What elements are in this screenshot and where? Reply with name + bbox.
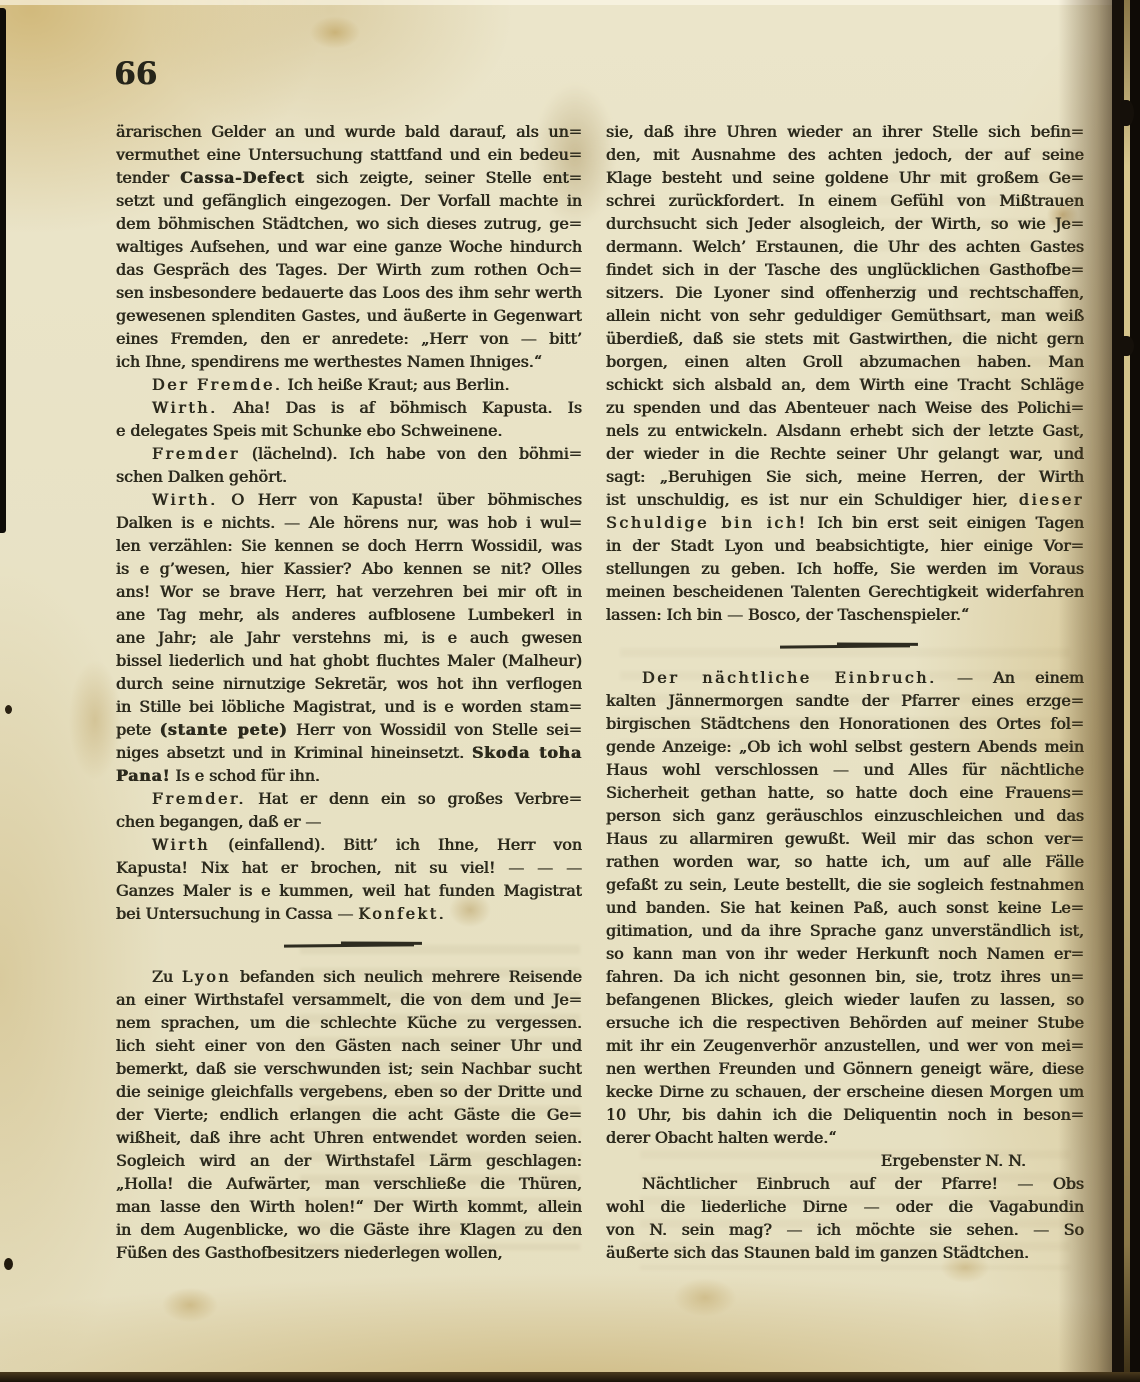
text-line: in der Stadt Lyon und beabsichtigte, hie…: [606, 534, 1084, 557]
text-line: fahren. Da ich nicht gesonnen bin, sie, …: [606, 965, 1084, 988]
text-line: schrei zurückfordert. In einem Gefühl vo…: [606, 189, 1084, 212]
text-line: allein nicht von sehr geduldiger Gemüths…: [606, 304, 1084, 327]
text-line: Fremder (lächelnd). Ich habe von den böh…: [116, 442, 582, 465]
text-line: ane Tag mehr, als anderes aufblosene Lum…: [116, 603, 582, 626]
text-line: Zu Lyon befanden sich neulich mehrere Re…: [116, 965, 582, 988]
text-line: Ganzes Maler is e kummen, weil hat funde…: [116, 879, 582, 902]
text-line: rathen worden war, so hatte ich, um auf …: [606, 850, 1084, 873]
binding-outer-edge: [1130, 0, 1140, 1382]
text-line: sen insbesondere bedauerte das Loos des …: [116, 281, 582, 304]
text-line: bissel liederlich und hat ghobt fluchtes…: [116, 649, 582, 672]
text-line: waltiges Aufsehen, und war eine ganze Wo…: [116, 235, 582, 258]
text-line: pete (stante pete) Herr von Wossidil von…: [116, 718, 582, 741]
text-line: Pana! Is e schod für ihn.: [116, 764, 582, 787]
text-line: gende Anzeige: „Ob ich wohl selbst geste…: [606, 735, 1084, 758]
text-line: ans! Wor se brave Herr, hat verzehren be…: [116, 580, 582, 603]
text-line: „Holla! die Aufwärter, man verschließe d…: [116, 1172, 582, 1195]
text-line: gitimation, und da ihre Sprache ganz unv…: [606, 919, 1084, 942]
text-line: Sicherheit gethan hatte, so hatte doch e…: [606, 781, 1084, 804]
text-line: von N. sein mag? — ich möchte sie sehen.…: [606, 1218, 1084, 1241]
text-line: Der nächtliche Einbruch. — An einem: [606, 666, 1084, 689]
text-line: Nächtlicher Einbruch auf der Pfarre! — O…: [606, 1172, 1084, 1195]
text-line: lassen: Ich bin — Bosco, der Taschenspie…: [606, 603, 1084, 626]
text-line: is e g’wesen, hier Kassier? Abo kennen s…: [116, 557, 582, 580]
text-line: ane Jahr; ale Jahr verstehns mi, is e au…: [116, 626, 582, 649]
page-left-edge: [0, 8, 6, 533]
binding-notch: [1120, 100, 1134, 126]
page-number: 66: [114, 56, 157, 92]
text-line: wohl die liederliche Dirne — oder die Va…: [606, 1195, 1084, 1218]
text-line: niges absetzt und in Kriminal hineinsetz…: [116, 741, 582, 764]
text-line: gewesenen splenditen Gastes, und äußerte…: [116, 304, 582, 327]
text-line: derer Obacht halten werde.“: [606, 1126, 1084, 1149]
text-line: man lasse den Wirth holen!“ Der Wirth ko…: [116, 1195, 582, 1218]
text-line: Klage besteht und seine goldene Uhr mit …: [606, 166, 1084, 189]
text-line: Dalken is e nichts. — Ale hörens nur, wa…: [116, 511, 582, 534]
right-column: sie, daß ihre Uhren wieder an ihrer Stel…: [606, 120, 1084, 1264]
text-line: überdieß, daß sie stets mit Gastwirthen,…: [606, 327, 1084, 350]
text-line: an einer Wirthstafel versammelt, die von…: [116, 988, 582, 1011]
text-line: bei Untersuchung in Cassa — Konfekt.: [116, 902, 582, 925]
text-line: dem böhmischen Städtchen, wo sich dieses…: [116, 212, 582, 235]
text-line: stellungen zu geben. Ich hoffe, Sie werd…: [606, 557, 1084, 580]
scanned-book-page: 66 ärarischen Gelder an und wurde bald d…: [0, 0, 1140, 1382]
text-line: schickt sich alsbald an, dem Wirth eine …: [606, 373, 1084, 396]
text-line: äußerte sich das Staunen bald im ganzen …: [606, 1241, 1084, 1264]
section-divider: [284, 943, 414, 947]
text-line: in dem Augenblicke, wo die Gäste ihre Kl…: [116, 1218, 582, 1241]
text-line: ärarischen Gelder an und wurde bald dara…: [116, 120, 582, 143]
left-column: ärarischen Gelder an und wurde bald dara…: [116, 120, 582, 1264]
text-line: ich Ihne, spendirens me werthestes Namen…: [116, 350, 582, 373]
text-line: vermuthet eine Untersuchung stattfand un…: [116, 143, 582, 166]
text-line: nem sprachen, um die schlechte Küche zu …: [116, 1011, 582, 1034]
text-line: befangenen Blickes, gleich wieder laufen…: [606, 988, 1084, 1011]
text-line: Wirth. O Herr von Kapusta! über böhmisch…: [116, 488, 582, 511]
text-line: Haus zu allarmiren gewußt. Weil mir das …: [606, 827, 1084, 850]
binding-gutter: [1112, 0, 1124, 1382]
text-line: der wieder in die Rechte seiner Uhr gela…: [606, 442, 1084, 465]
text-line: chen begangen, daß er —: [116, 810, 582, 833]
text-line: Ergebenster N. N.: [606, 1149, 1084, 1172]
text-line: dermann. Welch’ Erstaunen, die Uhr des a…: [606, 235, 1084, 258]
text-line: ersuche ich die respectiven Behörden auf…: [606, 1011, 1084, 1034]
text-line: birgischen Städtchens den Honorationen d…: [606, 712, 1084, 735]
text-line: nels zu entwickeln. Alsdann erhebt sich …: [606, 419, 1084, 442]
text-line: Wirth (einfallend). Bitt’ ich Ihne, Herr…: [116, 833, 582, 856]
text-line: kalten Jännermorgen sandte der Pfarrer e…: [606, 689, 1084, 712]
binding-notch: [1120, 336, 1134, 356]
text-line: und banden. Sie hat keinen Paß, auch son…: [606, 896, 1084, 919]
text-line: mit ihr ein Zeugenverhör anzustellen, un…: [606, 1034, 1084, 1057]
text-line: durchsucht sich Jeder alsogleich, der Wi…: [606, 212, 1084, 235]
binding-shadow: [1058, 0, 1114, 1382]
text-line: borgen, einen alten Groll abzumachen hab…: [606, 350, 1084, 373]
text-line: 10 Uhr, bis dahin ich die Deliquentin no…: [606, 1103, 1084, 1126]
text-line: setzt und gefänglich eingezogen. Der Vor…: [116, 189, 582, 212]
text-line: gefaßt zu sein, Leute bestellt, die sie …: [606, 873, 1084, 896]
text-line: das Gespräch des Tages. Der Wirth zum ro…: [116, 258, 582, 281]
text-line: durch seine nirnutzige Sekretär, wos hot…: [116, 672, 582, 695]
page-bottom-edge: [0, 1372, 1140, 1382]
text-line: len verzählen: Sie kennen se doch Herrn …: [116, 534, 582, 557]
text-line: meinen bescheidenen Talenten Gerechtigke…: [606, 580, 1084, 603]
text-line: lich sieht einer von den Gästen nach sei…: [116, 1034, 582, 1057]
text-line: findet sich in der Tasche des unglücklic…: [606, 258, 1084, 281]
text-line: in Stille bei löbliche Magistrat, und is…: [116, 695, 582, 718]
text-line: Fremder. Hat er denn ein so großes Verbr…: [116, 787, 582, 810]
text-line: Der Fremde. Ich heiße Kraut; aus Berlin.: [116, 373, 582, 396]
text-line: Kapusta! Nix hat er brochen, nit su viel…: [116, 856, 582, 879]
text-line: so kann man von ihr weder Herkunft noch …: [606, 942, 1084, 965]
text-line: eines Fremden, den er anredete: „Herr vo…: [116, 327, 582, 350]
text-line: bemerkt, daß sie verschwunden ist; sein …: [116, 1057, 582, 1080]
text-line: Schuldige bin ich! Ich bin erst seit ein…: [606, 511, 1084, 534]
text-line: Haus wohl verschlossen — und Alles für n…: [606, 758, 1084, 781]
text-line: schen Dalken gehört.: [116, 465, 582, 488]
text-line: den, mit Ausnahme des achten jedoch, der…: [606, 143, 1084, 166]
text-line: ist unschuldig, es ist nur ein Schuldige…: [606, 488, 1084, 511]
text-line: tender Cassa-Defect sich zeigte, seiner …: [116, 166, 582, 189]
text-line: nen werthen Freunden und Gönnern geneigt…: [606, 1057, 1084, 1080]
text-line: kecke Dirne zu schauen, der erscheine di…: [606, 1080, 1084, 1103]
text-line: Sogleich wird an der Wirthstafel Lärm ge…: [116, 1149, 582, 1172]
text-line: e delegates Speis mit Schunke ebo Schwei…: [116, 419, 582, 442]
text-line: die seinige gleichfalls vergebens, eben …: [116, 1080, 582, 1103]
section-divider: [780, 644, 910, 648]
text-line: zu spenden und das Abenteuer nach Weise …: [606, 396, 1084, 419]
text-line: sagt: „Beruhigen Sie sich, meine Herren,…: [606, 465, 1084, 488]
text-line: sie, daß ihre Uhren wieder an ihrer Stel…: [606, 120, 1084, 143]
text-line: Füßen des Gasthofbesitzers niederlegen w…: [116, 1241, 582, 1264]
page-top-edge: [0, 0, 1140, 5]
text-line: person sich ganz geräuschlos einzuschlei…: [606, 804, 1084, 827]
text-line: Wirth. Aha! Das is af böhmisch Kapusta. …: [116, 396, 582, 419]
text-line: der Vierte; endlich erlangen die acht Gä…: [116, 1103, 582, 1126]
text-line: sitzers. Die Lyoner sind offenherzig und…: [606, 281, 1084, 304]
text-line: wißheit, daß ihre acht Uhren entwendet w…: [116, 1126, 582, 1149]
